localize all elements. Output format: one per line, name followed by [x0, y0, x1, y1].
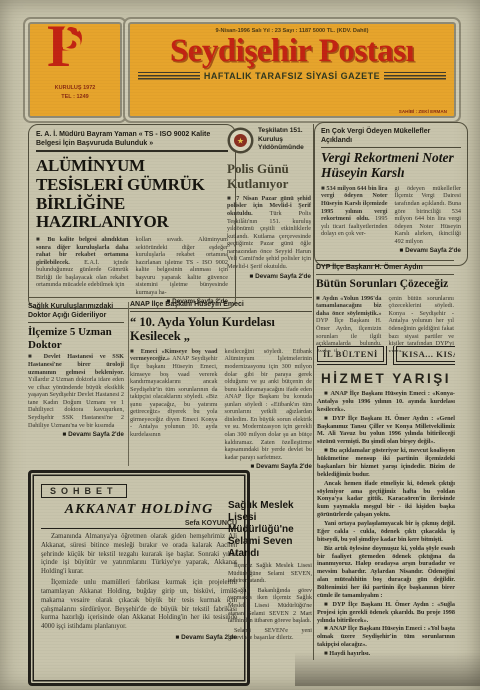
sohbet-continued: ■ Devamı Sayfa 2'de	[41, 634, 237, 641]
story-polis-continued: ■ Devamı Sayfa 2'de	[227, 273, 311, 280]
story-doktor-text: Yıllardır 2 Uzman doktorla idare eden ve…	[28, 376, 124, 428]
bulletin-paragraph: ■ DYP İlçe Başkanı H. Ömer Aydın : «Suğl…	[317, 601, 455, 625]
story-aluminyum-body: ■ Bu kalite belgesi alındıktan sonra diğ…	[36, 236, 228, 306]
newspaper-logo: P S KURULUŞ 1972 TEL : 1249	[28, 22, 122, 118]
story-polis-headline: Polis Günü Kutlanıyor	[227, 162, 311, 192]
bulletin-paragraph: ■ ANAP İlçe Başkanı Hüseyin Emeci : «Kon…	[317, 390, 455, 414]
story-anap-col2-wrap: kesileceğini söyledi. Etibank Alüminyum …	[225, 348, 313, 470]
story-dyp-lead: ■ Aydın «Yolun 1996'da tamamlanacağını b…	[316, 295, 382, 317]
story-lise-paragraph-3: Selami SEVEN'e yeni görevinde başarılar …	[228, 628, 312, 643]
bulletin-paragraph: Biz artık öylesine doymuşuz ki, yolda şö…	[317, 545, 455, 600]
story-doktor-lead: ■ Devlet Hastanesi ve SSK Hastanesi'ne b…	[28, 353, 124, 375]
bulletin-paragraph: ■ Bu açıklamalar gösteriyor ki, mevcut k…	[317, 447, 455, 479]
svg-text:★: ★	[237, 137, 244, 146]
bulletin-boxes: İL BÜLTENİ KISA... KISA...	[317, 346, 455, 362]
story-doktor-kicker: Sağlık Kuruluşlarımızdaki Doktor Açığı G…	[28, 302, 124, 323]
story-polis-kicker: Teşkilatın 151. Kuruluş Yıldönümünde	[258, 127, 311, 153]
logo-monogram-icon: P S	[45, 26, 105, 84]
story-vergi-col2-wrap: gi ödeyen mükellefler İlçemiz Vergi Dair…	[395, 185, 462, 255]
logo-letter-s: S	[61, 22, 82, 60]
story-polis-body: ■ 7 Nisan Pazar günü şehid polisler için…	[227, 195, 311, 271]
story-dyp: DYP İlçe Başkanı H. Ömer Aydın Bütün Sor…	[316, 260, 454, 352]
sohbet-byline: Sefa KOYUNCU	[41, 520, 237, 529]
story-anap-kicker: ANAP İlçe Başkanı Hüseyin Emeci	[130, 300, 312, 312]
story-polis: ★ Teşkilatın 151. Kuruluş Yıldönümünde P…	[227, 127, 311, 309]
story-dyp-col1: ■ Aydın «Yolun 1996'da tamamlanacağını b…	[316, 295, 382, 352]
story-vergi-col1: ■ 534 milyon 644 bin lira vergi ödeyen N…	[321, 185, 388, 255]
story-lise-headline: Sağlık Meslek Lisesi Müdürlüğü'ne Selami…	[228, 500, 312, 560]
story-anap-col1: ■ Emeci «Kimseye boş vaad vermeyeceğiz.»…	[130, 348, 218, 470]
story-anap-col1-rest: ANAP Seydişehir İlçe başkanı Hüseyin Eme…	[130, 355, 218, 438]
story-vergi-body: ■ 534 milyon 644 bin lira vergi ödeyen N…	[321, 185, 461, 255]
newspaper-title: Seydişehir Postası	[130, 34, 454, 69]
story-aluminyum: E. A. İ. Müdürü Bayram Yaman « TS - ISO …	[28, 124, 236, 309]
sohbet-paragraph-1: Zamanında Almanya'ya öğretmen olarak gid…	[41, 533, 237, 577]
masthead: 9-Nisan-1996 Salı Yıl : 23 Sayı : 1187 5…	[128, 22, 456, 118]
divider-vertical-right	[313, 124, 314, 660]
story-anap-body: ■ Emeci «Kimseye boş vaad vermeyeceğiz.»…	[130, 348, 312, 470]
story-dyp-col2: çenin bütün sorunlarını çözeceklerini sö…	[389, 295, 455, 352]
story-lise-paragraph-2: Sağlık Bakanlığında görev yapmakta iken …	[228, 588, 312, 626]
owner-credit: SAHİBİ : ZEKİ ERMAN	[399, 109, 447, 114]
newspaper-front-page: P S KURULUŞ 1972 TEL : 1249 9-Nisan-1996…	[0, 0, 480, 690]
story-anap-col2: kesileceğini söyledi. Etibank Alüminyum …	[225, 348, 313, 461]
story-aluminyum-headline: ALÜMİNYUM TESİSLERİ GÜMRÜK BİRLİĞİNE HAZ…	[36, 157, 228, 232]
story-vergi-col2: gi ödeyen mükellefler İlçemiz Vergi Dair…	[395, 185, 462, 246]
sohbet-column: SOHBET AKKANAT HOLDİNG Sefa KOYUNCU Zama…	[28, 470, 250, 686]
sohbet-title: AKKANAT HOLDİNG	[41, 502, 237, 518]
bulletin-paragraph: Ancak hemen ifade etmeliyiz ki, ödenek ç…	[317, 480, 455, 519]
story-dyp-headline: Bütün Sorunları Çözeceğiz	[316, 278, 454, 291]
story-doktor: Sağlık Kuruluşlarımızdaki Doktor Açığı G…	[28, 302, 129, 466]
story-doktor-headline: İlçemize 5 Uzman Doktor	[28, 326, 124, 351]
bulletin-box-kisa-kisa: KISA... KISA...	[396, 346, 455, 362]
subtitle-row: HAFTALIK TARAFSIZ SİYASİ GAZETE	[130, 71, 454, 81]
police-emblem-icon: ★	[227, 127, 254, 154]
scan-shadow	[295, 652, 480, 686]
bulletin-box-il-bulteni: İL BÜLTENİ	[317, 346, 384, 362]
story-dyp-col2-wrap: çenin bütün sorunlarını çözeceklerini sö…	[389, 295, 455, 352]
sohbet-label: SOHBET	[41, 484, 127, 498]
story-polis-text: Türk Polis Teşkilâtı'nın 151. kuruluş yı…	[227, 210, 311, 270]
story-polis-header: ★ Teşkilatın 151. Kuruluş Yıldönümünde	[227, 127, 311, 157]
bulletin-paragraph: ■ ANAP İlçe Başkanı Hüseyin Emeci : «Yol…	[317, 625, 455, 649]
bulletin-paragraph: ■ DYP İlçe Başkanı H. Ömer Aydın : «Gene…	[317, 415, 455, 447]
bulletin-column: İL BÜLTENİ KISA... KISA... HİZMET YARIŞI…	[317, 346, 455, 662]
story-aluminyum-col2: kolları sıvadı. Alüminyum sektöründeki d…	[136, 236, 229, 297]
story-anap-headline: “ 10. Ayda Yolun Kurdelası Kesilecek „	[130, 315, 312, 344]
story-dyp-body: ■ Aydın «Yolun 1996'da tamamlanacağını b…	[316, 295, 454, 352]
subtitle-stripes-right	[384, 72, 446, 80]
divider-horizontal-mid	[28, 297, 312, 298]
newspaper-subtitle: HAFTALIK TARAFSIZ SİYASİ GAZETE	[204, 71, 380, 81]
story-lise: Sağlık Meslek Lisesi Müdürlüğü'ne Selami…	[228, 500, 312, 668]
story-dyp-kicker: DYP İlçe Başkanı H. Ömer Aydın	[316, 260, 454, 275]
story-anap: ANAP İlçe Başkanı Hüseyin Emeci “ 10. Ay…	[130, 300, 312, 492]
sohbet-paragraph-2: İlçemizde unlu mamülleri fabrikası kurma…	[41, 579, 237, 632]
story-lise-paragraph-1: İlçemiz Sağlık Meslek Lisesi Müdürlüğüne…	[228, 563, 312, 586]
story-vergi: En Çok Vergi Ödeyen Mükellefler Açıkland…	[314, 122, 468, 266]
story-aluminyum-kicker: E. A. İ. Müdürü Bayram Yaman « TS - ISO …	[36, 130, 228, 152]
story-vergi-continued: ■ Devamı Sayfa 2'de	[395, 247, 462, 254]
logo-founded-text: KURULUŞ 1972	[30, 84, 120, 93]
logo-tel-text: TEL : 1249	[30, 93, 120, 102]
bulletin-paragraph: Yani ortaya paylaşılamıyacak bir iş çıkm…	[317, 520, 455, 544]
bulletin-headline: HİZMET YARIŞI	[317, 371, 455, 386]
story-vergi-headline: Vergi Rekortmeni Noter Hüseyin Karslı	[321, 151, 461, 181]
subtitle-stripes-left	[138, 72, 200, 80]
story-vergi-kicker: En Çok Vergi Ödeyen Mükellefler Açıkland…	[321, 127, 461, 148]
story-doktor-body: ■ Devlet Hastanesi ve SSK Hastanesi'ne b…	[28, 353, 124, 429]
story-doktor-continued: ■ Devamı Sayfa 2'de	[28, 431, 124, 438]
story-aluminyum-col1: ■ Bu kalite belgesi alındıktan sonra diğ…	[36, 236, 129, 306]
story-aluminyum-col2-wrap: kolları sıvadı. Alüminyum sektöründeki d…	[136, 236, 229, 306]
